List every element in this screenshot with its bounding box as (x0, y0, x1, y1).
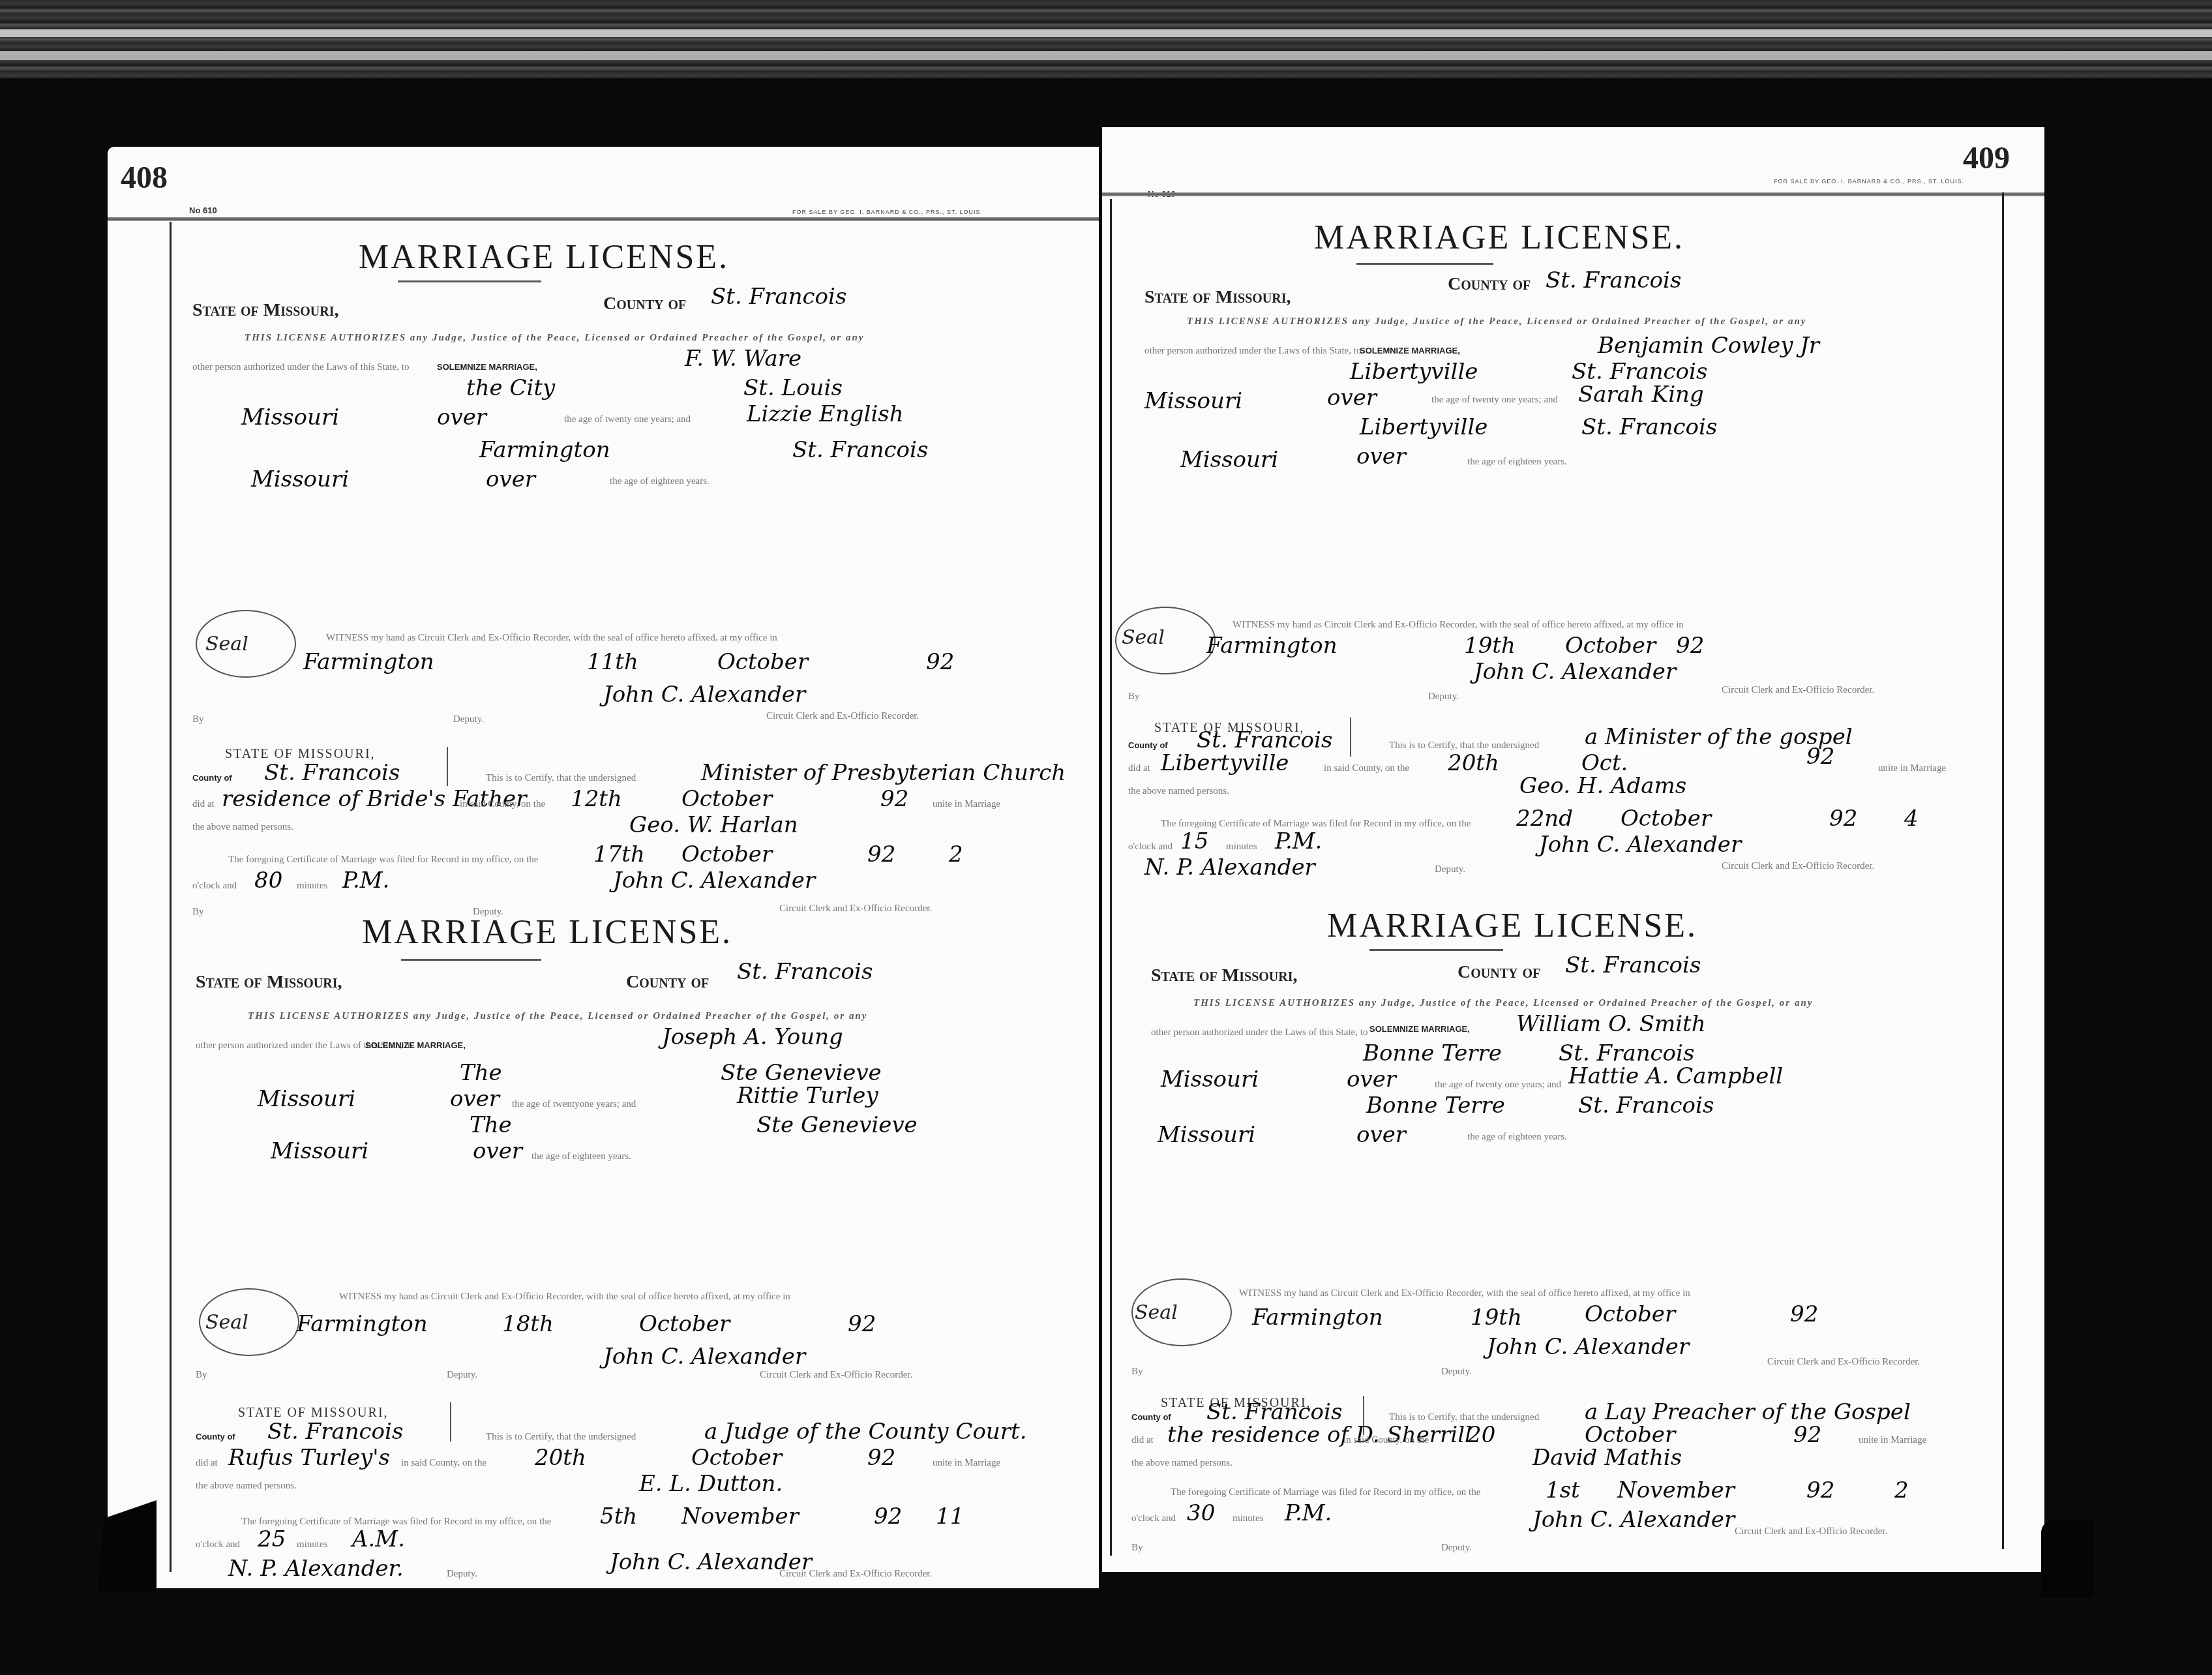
age-21-text: the age of twentyone years; and (512, 1099, 636, 1110)
filed-year: 92 (1829, 806, 1857, 832)
witness-year: 92 (1790, 1301, 1818, 1327)
groom-county: St. Francois (1572, 359, 1707, 385)
oclock-label: o'clock and (1131, 1513, 1176, 1524)
witness-month: October (639, 1311, 730, 1337)
clerk-signature: John C. Alexander (1487, 1334, 1689, 1360)
clerk-signature: John C. Alexander (603, 682, 805, 708)
cert-county: St. Francois (1197, 727, 1332, 753)
bride-state: Missouri (1158, 1122, 1255, 1148)
seal-label: Seal (205, 1311, 248, 1334)
marriage-day: 20 (1467, 1422, 1495, 1448)
by-label: By (1131, 1543, 1143, 1554)
age-18-text: the age of eighteen years. (1467, 457, 1567, 468)
in-county-on: in said County, on the (460, 799, 545, 810)
above-named: the above named persons. (196, 1481, 297, 1492)
officiant-title: Minister of Presbyterian Church (701, 760, 1066, 786)
bracket (1350, 717, 1351, 757)
solemnize-label: SOLEMNIZE MARRIAGE, (1360, 346, 1460, 355)
by-label: By (1128, 691, 1140, 702)
clerk-title: Circuit Clerk and Ex-Officio Recorder. (766, 711, 919, 722)
filed-minutes: 25 (258, 1526, 286, 1552)
witness-day: 19th (1464, 633, 1516, 659)
bride-state: Missouri (251, 466, 349, 492)
cert-county: St. Francois (1206, 1399, 1342, 1425)
bride-state: Missouri (271, 1138, 368, 1164)
county-value: St. Francois (737, 959, 873, 985)
marriage-day: 12th (571, 786, 622, 812)
oclock-label: o'clock and (1128, 841, 1173, 853)
bride-name: Sarah King (1578, 382, 1704, 408)
cert-county-label: County of (1128, 740, 1168, 750)
bride-county: St. Francois (1578, 1093, 1714, 1119)
thumb-shadow (98, 1500, 157, 1592)
witness-text: WITNESS my hand as Circuit Clerk and Ex-… (339, 1291, 790, 1303)
recorder-signature: John C. Alexander (1532, 1507, 1735, 1533)
oclock-label: o'clock and (196, 1539, 240, 1550)
bride-county: St. Francois (1581, 414, 1717, 440)
witness-place: Farmington (1206, 633, 1338, 659)
license-title: MARRIAGE LICENSE. (1314, 219, 1684, 257)
bride-name: Hattie A. Campbell (1568, 1063, 1783, 1089)
bride-name: Lizzie English (747, 401, 904, 427)
groom-state: Missouri (1161, 1066, 1259, 1093)
oclock-label: o'clock and (192, 881, 237, 892)
age-18-text: the age of eighteen years. (1467, 1132, 1567, 1143)
unite-label: unite in Marriage (1878, 763, 1946, 774)
filed-minutes: 15 (1180, 828, 1208, 854)
age-21-text: the age of twenty one years; and (564, 414, 691, 425)
deputy-label: Deputy. (1441, 1366, 1472, 1378)
groom-age: over (1347, 1066, 1396, 1093)
witness-place: Farmington (1252, 1305, 1383, 1331)
county-value: St. Francois (1565, 952, 1701, 978)
filed-text: The foregoing Certificate of Marriage wa… (1171, 1487, 1480, 1498)
county-value: St. Francois (1546, 267, 1681, 294)
cert-text: This is to Certify, that the undersigned (486, 773, 636, 784)
filed-year: 92 (874, 1503, 902, 1530)
deputy-signature: N. P. Alexander. (228, 1556, 404, 1582)
license-title: MARRIAGE LICENSE. (359, 238, 729, 277)
clerk-title: Circuit Clerk and Ex-Officio Recorder. (1722, 861, 1874, 872)
cert-county: St. Francois (267, 1419, 403, 1445)
title-underline (1369, 949, 1503, 951)
seal-label: Seal (205, 633, 248, 656)
groom-county: St. Francois (1559, 1040, 1694, 1066)
cert-county-label: County of (192, 773, 232, 783)
filed-ampm: P.M. (1275, 828, 1322, 854)
age-21-text: the age of twenty one years; and (1435, 1079, 1561, 1091)
authorizes-text: THIS LICENSE AUTHORIZES any Judge, Justi… (1187, 316, 1806, 327)
top-rule (108, 217, 1099, 221)
filed-year: 92 (867, 841, 895, 868)
state-label: State of Missouri, (1144, 287, 1291, 308)
county-label: County of (1457, 962, 1540, 983)
witness-day: 18th (502, 1311, 554, 1337)
filed-day: 22nd (1516, 806, 1573, 832)
groom-name: F. W. Ware (685, 346, 801, 372)
bride-county: Ste Genevieve (756, 1112, 918, 1138)
filed-hour: 2 (1894, 1477, 1909, 1503)
margin-line-right (2002, 192, 2004, 1549)
clerk-title: Circuit Clerk and Ex-Officio Recorder. (1735, 1526, 1887, 1537)
minutes-label: minutes (297, 1539, 328, 1550)
above-named: the above named persons. (1131, 1458, 1233, 1469)
filed-month: October (1621, 806, 1711, 832)
clerk-signature: John C. Alexander (1474, 659, 1676, 685)
above-named: the above named persons. (192, 822, 293, 833)
groom-state: Missouri (258, 1086, 355, 1112)
form-number: No 610 (189, 205, 217, 215)
witness-year: 92 (926, 649, 954, 675)
witness-month: October (1585, 1301, 1675, 1327)
deputy-label: Deputy. (1435, 864, 1465, 875)
age-18-text: the age of eighteen years. (610, 476, 710, 487)
seal-label: Seal (1135, 1301, 1178, 1324)
groom-age: over (1327, 385, 1377, 411)
license-title: MARRIAGE LICENSE. (1327, 907, 1697, 945)
filed-day: 1st (1546, 1477, 1580, 1503)
unite-label: unite in Marriage (933, 799, 1000, 810)
cert-county-label: County of (196, 1432, 235, 1441)
groom-name: Joseph A. Young (662, 1024, 843, 1050)
marriage-day: 20th (1448, 750, 1499, 776)
cert-text: This is to Certify, that the undersigned (486, 1432, 636, 1443)
authorizes-text: THIS LICENSE AUTHORIZES any Judge, Justi… (248, 1011, 867, 1022)
authorizes-text-2: other person authorized under the Laws o… (1151, 1027, 1368, 1038)
license-title: MARRIAGE LICENSE. (362, 913, 732, 952)
groom-name: William O. Smith (1516, 1011, 1706, 1037)
groom-age: over (437, 404, 486, 430)
deputy-label: Deputy. (1428, 691, 1459, 702)
filed-minutes: 80 (254, 868, 282, 894)
witness-place: Farmington (303, 649, 434, 675)
did-at-label: did at (192, 799, 215, 810)
witness-month: October (1565, 633, 1656, 659)
minutes-label: minutes (1233, 1513, 1264, 1524)
filed-minutes: 30 (1187, 1500, 1215, 1526)
marriage-place: Rufus Turley's (228, 1445, 390, 1471)
unite-label: unite in Marriage (1859, 1435, 1926, 1446)
witness-year: 92 (1676, 633, 1704, 659)
in-county-on: in said County, on the (1324, 763, 1409, 774)
county-label: County of (626, 972, 709, 993)
did-at-label: did at (1128, 763, 1150, 774)
marriage-year: 92 (880, 786, 908, 812)
filed-hour: 2 (949, 841, 963, 868)
authorizes-text-2: other person authorized under the Laws o… (1144, 346, 1361, 357)
age-18-text: the age of eighteen years. (531, 1151, 631, 1162)
title-underline (398, 280, 541, 282)
filed-hour: 11 (936, 1503, 964, 1530)
groom-county: St. Louis (743, 375, 843, 401)
by-label: By (1131, 1366, 1143, 1378)
deputy-label: Deputy. (447, 1569, 477, 1580)
in-county-on: in said County, on the (1343, 1435, 1429, 1446)
deputy-label: Deputy. (1441, 1543, 1472, 1554)
state-label: State of Missouri, (192, 300, 339, 321)
county-label: County of (603, 294, 686, 314)
filed-month: November (681, 1503, 799, 1530)
authorizes-text: THIS LICENSE AUTHORIZES any Judge, Justi… (245, 333, 864, 344)
thumb-shadow (2041, 1520, 2093, 1598)
groom-state: Missouri (1144, 388, 1242, 414)
bride-name: Rittie Turley (737, 1083, 878, 1109)
marriage-month: October (1585, 1422, 1675, 1448)
witness-day: 19th (1471, 1305, 1522, 1331)
minutes-label: minutes (297, 881, 328, 892)
bride-state: Missouri (1180, 447, 1278, 473)
officiant-name: Geo. H. Adams (1519, 773, 1686, 799)
solemnize-label: SOLEMNIZE MARRIAGE, (437, 362, 537, 372)
officiant-name: E. L. Dutton. (639, 1471, 783, 1497)
bride-age: over (486, 466, 535, 492)
groom-of: the City (466, 375, 555, 401)
printer-imprint: FOR SALE BY GEO. I. BARNARD & CO., PRS.,… (792, 209, 980, 215)
cert-county: St. Francois (264, 760, 400, 786)
clerk-signature: John C. Alexander (603, 1344, 805, 1370)
solemnize-label: SOLEMNIZE MARRIAGE, (1369, 1024, 1470, 1034)
cert-county-label: County of (1131, 1412, 1171, 1422)
deputy-signature: N. P. Alexander (1144, 854, 1315, 881)
county-label: County of (1448, 274, 1531, 295)
bride-of: The (470, 1112, 512, 1138)
filed-year: 92 (1806, 1477, 1834, 1503)
clerk-title: Circuit Clerk and Ex-Officio Recorder. (1767, 1357, 1920, 1368)
witness-month: October (717, 649, 808, 675)
right-page: 409 No 610 FOR SALE BY GEO. I. BARNARD &… (1102, 127, 2044, 1572)
filed-month: October (681, 841, 772, 868)
state-label: State of Missouri, (196, 972, 342, 993)
officiant-title: a Lay Preacher of the Gospel (1585, 1399, 1911, 1425)
filed-month: November (1617, 1477, 1735, 1503)
deputy-label: Deputy. (447, 1370, 477, 1381)
marriage-month: Oct. (1581, 750, 1628, 776)
clerk-title: Circuit Clerk and Ex-Officio Recorder. (779, 1569, 932, 1580)
officiant-title: a Judge of the County Court. (704, 1419, 1026, 1445)
officiant-name: David Mathis (1532, 1445, 1682, 1471)
groom-of: Bonne Terre (1363, 1040, 1502, 1066)
recorder-signature: John C. Alexander (613, 868, 815, 894)
microfilm-edge-band (0, 0, 2212, 78)
did-at-label: did at (1131, 1435, 1154, 1446)
bracket (447, 747, 448, 786)
top-rule (1102, 192, 2044, 196)
bride-of: Farmington (479, 437, 610, 463)
marriage-day: 20th (535, 1445, 586, 1471)
margin-line (170, 222, 172, 1572)
title-underline (401, 959, 541, 961)
margin-line (1110, 199, 1112, 1556)
above-named: the above named persons. (1128, 786, 1229, 797)
age-21-text: the age of twenty one years; and (1431, 395, 1558, 406)
clerk-title: Circuit Clerk and Ex-Officio Recorder. (779, 903, 932, 914)
groom-of: Libertyville (1350, 359, 1478, 385)
marriage-year: 92 (1806, 744, 1834, 770)
bride-age: over (473, 1138, 522, 1164)
by-label: By (192, 907, 204, 918)
groom-age: over (450, 1086, 500, 1112)
witness-text: WITNESS my hand as Circuit Clerk and Ex-… (1239, 1288, 1690, 1299)
groom-of: The (460, 1060, 502, 1086)
bride-of: Bonne Terre (1366, 1093, 1505, 1119)
witness-place: Farmington (297, 1311, 428, 1337)
page-number: 408 (121, 160, 168, 196)
witness-text: WITNESS my hand as Circuit Clerk and Ex-… (1233, 620, 1684, 631)
minutes-label: minutes (1226, 841, 1257, 853)
filed-day: 5th (600, 1503, 637, 1530)
filed-hour: 4 (1904, 806, 1919, 832)
officiant-name: Geo. W. Harlan (629, 812, 798, 838)
marriage-month: October (681, 786, 772, 812)
filed-text: The foregoing Certificate of Marriage wa… (228, 854, 538, 866)
title-underline (1356, 263, 1493, 265)
marriage-place: Libertyville (1161, 750, 1289, 776)
bracket (450, 1402, 451, 1441)
filed-ampm: A.M. (352, 1526, 405, 1552)
witness-year: 92 (848, 1311, 876, 1337)
marriage-month: October (691, 1445, 782, 1471)
filed-day: 17th (593, 841, 645, 868)
filed-ampm: P.M. (342, 868, 389, 894)
page-number: 409 (1963, 140, 2010, 176)
deputy-label: Deputy. (453, 714, 484, 725)
groom-county: Ste Genevieve (721, 1060, 882, 1086)
bride-age: over (1356, 1122, 1406, 1148)
bride-county: St. Francois (792, 437, 928, 463)
by-label: By (196, 1370, 207, 1381)
marriage-year: 92 (867, 1445, 895, 1471)
left-page: 408 No 610 FOR SALE BY GEO. I. BARNARD &… (108, 147, 1099, 1588)
bride-age: over (1356, 444, 1406, 470)
bride-of: Libertyville (1360, 414, 1487, 440)
witness-day: 11th (587, 649, 638, 675)
recorder-signature: John C. Alexander (1539, 832, 1741, 858)
by-label: By (192, 714, 204, 725)
marriage-year: 92 (1793, 1422, 1821, 1448)
authorizes-text: THIS LICENSE AUTHORIZES any Judge, Justi… (1193, 998, 1813, 1009)
witness-text: WITNESS my hand as Circuit Clerk and Ex-… (326, 633, 777, 644)
county-value: St. Francois (711, 284, 846, 310)
clerk-title: Circuit Clerk and Ex-Officio Recorder. (760, 1370, 912, 1381)
seal-label: Seal (1122, 626, 1165, 649)
groom-name: Benjamin Cowley Jr (1598, 333, 1819, 359)
state-label: State of Missouri, (1151, 965, 1298, 986)
in-county-on: in said County, on the (401, 1458, 486, 1469)
printer-imprint: FOR SALE BY GEO. I. BARNARD & CO., PRS.,… (1774, 178, 1964, 185)
did-at-label: did at (196, 1458, 218, 1469)
filed-ampm: P.M. (1285, 1500, 1332, 1526)
authorizes-text-2: other person authorized under the Laws o… (192, 362, 409, 373)
clerk-title: Circuit Clerk and Ex-Officio Recorder. (1722, 685, 1874, 696)
solemnize-label: SOLEMNIZE MARRIAGE, (365, 1040, 466, 1050)
groom-state: Missouri (241, 404, 339, 430)
unite-label: unite in Marriage (933, 1458, 1000, 1469)
